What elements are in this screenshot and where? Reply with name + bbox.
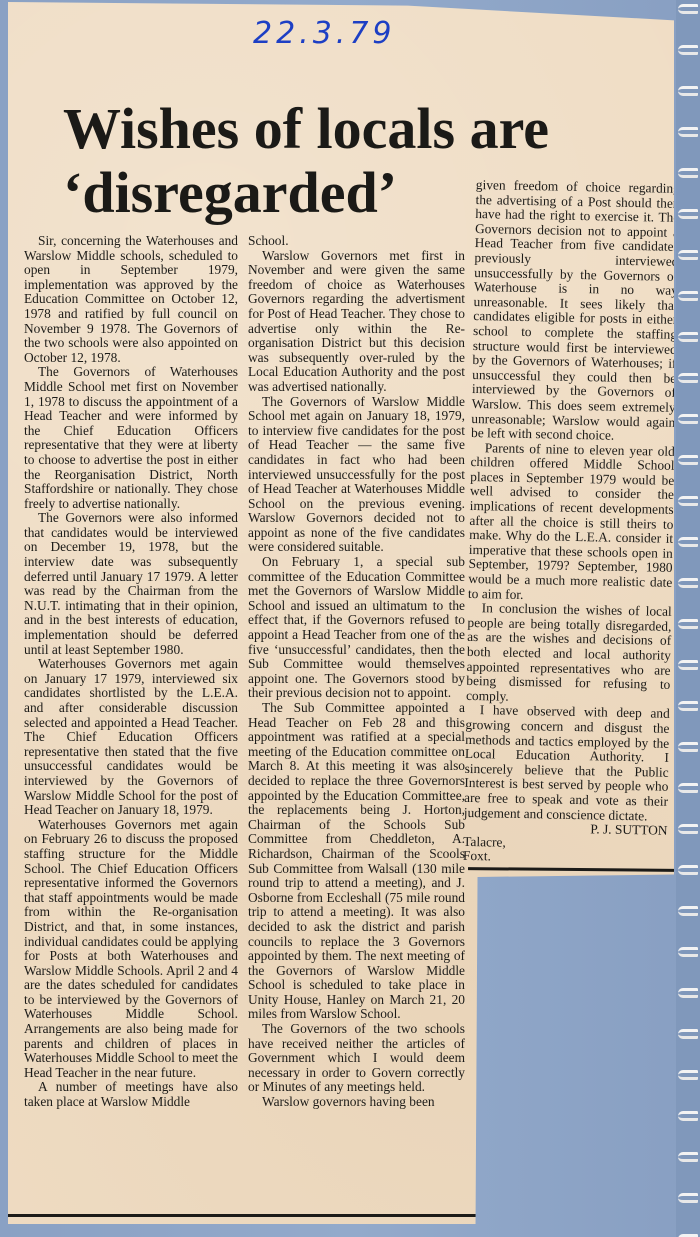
binding-ring-icon <box>678 1193 698 1203</box>
paragraph: The Governors of the two schools have re… <box>248 1022 465 1095</box>
binding-ring-icon <box>678 824 698 834</box>
paragraph: The Sub Committee appointed a Head Teach… <box>248 701 465 1022</box>
paragraph: I have observed with deep and growing co… <box>464 703 670 824</box>
paragraph: Sir, concerning the Waterhouses and Wars… <box>24 234 238 365</box>
paragraph: A number of meetings have also taken pla… <box>24 1080 238 1109</box>
binding-ring-icon <box>678 291 698 301</box>
binding-ring-icon <box>678 45 698 55</box>
binding-ring-icon <box>678 168 698 178</box>
binding-ring-icon <box>678 660 698 670</box>
paragraph: The Governors of Waterhouses Middle Scho… <box>24 365 238 511</box>
binding-ring-icon <box>678 865 698 875</box>
article-column-2: School. Warslow Governors met first in N… <box>248 234 465 1110</box>
article-column-1: Sir, concerning the Waterhouses and Wars… <box>24 234 238 1110</box>
column-3-end-rule <box>468 867 678 872</box>
binding-ring-icon <box>678 1111 698 1121</box>
binding-ring-icon <box>678 619 698 629</box>
paragraph: School. <box>248 234 465 249</box>
binding-ring-icon <box>678 373 698 383</box>
author-address-line-2: Foxt. <box>463 849 667 868</box>
paragraph: Warslow Governors met first in November … <box>248 249 465 395</box>
article-end-rule <box>8 1214 478 1217</box>
binding-ring-icon <box>678 742 698 752</box>
headline-line-1: Wishes of locals are <box>63 97 663 161</box>
binding-ring-icon <box>678 906 698 916</box>
binding-ring-icon <box>678 332 698 342</box>
binding-ring-icon <box>678 988 698 998</box>
binding-ring-icon <box>678 701 698 711</box>
article-column-3: given freedom of choice regarding the ad… <box>463 178 680 868</box>
binding-ring-icon <box>678 455 698 465</box>
paragraph: The Governors of Warslow Middle School m… <box>248 395 465 556</box>
binding-ring-icon <box>678 537 698 547</box>
binding-ring-icon <box>678 86 698 96</box>
binding-ring-icon <box>678 496 698 506</box>
binding-ring-icon <box>678 578 698 588</box>
paragraph: Waterhouses Governors met again on Janua… <box>24 657 238 818</box>
binding-ring-icon <box>678 209 698 219</box>
binding-ring-icon <box>678 1029 698 1039</box>
paragraph: In conclusion the wishes of local people… <box>466 601 672 707</box>
binding-ring-icon <box>678 127 698 137</box>
binding-ring-icon <box>678 250 698 260</box>
binding-ring-icon <box>678 1152 698 1162</box>
binding-ring-icon <box>678 947 698 957</box>
spiral-binding <box>676 0 700 1237</box>
paragraph: On February 1, a special sub committee o… <box>248 555 465 701</box>
binding-ring-icon <box>678 783 698 793</box>
binding-ring-icon <box>678 1070 698 1080</box>
paragraph: Parents of nine to eleven year old child… <box>468 441 675 605</box>
paragraph: Warslow governors having been <box>248 1095 465 1110</box>
paragraph: Waterhouses Governors met again on Febru… <box>24 818 238 1081</box>
handwritten-date: 22.3.79 <box>253 16 396 51</box>
binding-ring-icon <box>678 414 698 424</box>
binding-ring-icon <box>678 4 698 14</box>
paragraph: The Governors were also informed that ca… <box>24 511 238 657</box>
paragraph: given freedom of choice regarding the ad… <box>471 178 680 445</box>
